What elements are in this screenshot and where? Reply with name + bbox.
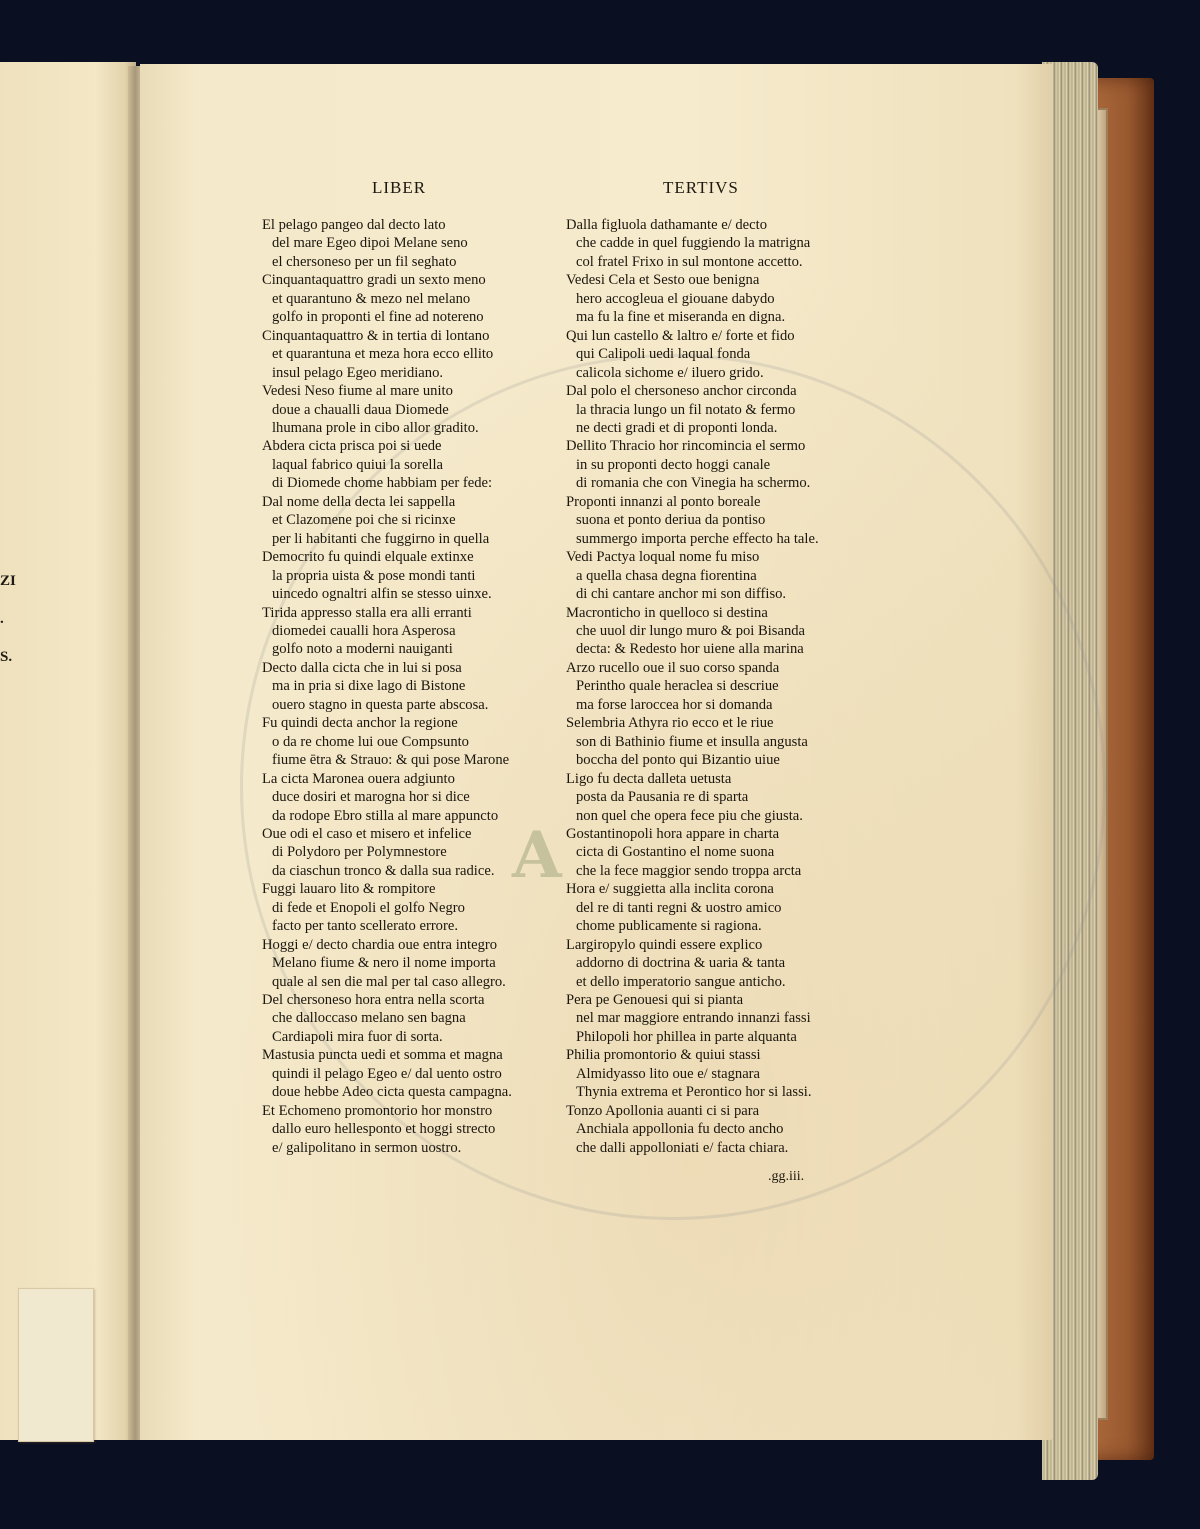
verse-line: di romania che con Vinegia ha schermo. <box>566 474 856 492</box>
verse-line: facto per tanto scellerato errore. <box>262 917 552 935</box>
tercet: Et Echomeno promontorio hor monstrodallo… <box>262 1102 552 1157</box>
verse-line: golfo in proponti el fine ad notereno <box>262 308 552 326</box>
verse-line: uincedo ognaltri alfin se stesso uinxe. <box>262 585 552 603</box>
verse-line: che cadde in quel fuggiendo la matrigna <box>566 234 856 252</box>
verse-line: Thynia extrema et Perontico hor si lassi… <box>566 1083 856 1101</box>
verse-line: ma forse laroccea hor si domanda <box>566 696 856 714</box>
running-head-left: LIBER <box>372 178 426 198</box>
verse-line: o da re chome lui oue Compsunto <box>262 733 552 751</box>
verse-line: doue hebbe Adeo cicta questa campagna. <box>262 1083 552 1101</box>
verse-line: Hoggi e/ decto chardia oue entra integro <box>262 936 552 954</box>
verse-line: col fratel Frixo in sul montone accetto. <box>566 253 856 271</box>
verse-line: ne decti gradi et di proponti londa. <box>566 419 856 437</box>
tercet: Macronticho in quelloco si destinache uu… <box>566 604 856 659</box>
verse-line: a quella chasa degna fiorentina <box>566 567 856 585</box>
verse-line: qui Calipoli uedi laqual fonda <box>566 345 856 363</box>
verse-line: per li habitanti che fuggirno in quella <box>262 530 552 548</box>
book-scan: ZI . S. A LIBER TERTIVS El pelago pangeo… <box>0 0 1200 1529</box>
verse-line: di Polydoro per Polymnestore <box>262 843 552 861</box>
verse-line: nel mar maggiore entrando innanzi fassi <box>566 1009 856 1027</box>
verse-line: Democrito fu quindi elquale extinxe <box>262 548 552 566</box>
tercet: Dal nome della decta lei sappellaet Claz… <box>262 493 552 548</box>
tercet: Tirida appresso stalla era alli errantid… <box>262 604 552 659</box>
verse-line: duce dosiri et marogna hor si dice <box>262 788 552 806</box>
verse-line: addorno di doctrina & uaria & tanta <box>566 954 856 972</box>
tercet: Arzo rucello oue il suo corso spandaPeri… <box>566 659 856 714</box>
verse-line: La cicta Maronea ouera adgiunto <box>262 770 552 788</box>
verse-line: insul pelago Egeo meridiano. <box>262 364 552 382</box>
verse-line: che dalloccaso melano sen bagna <box>262 1009 552 1027</box>
verse-line: Cinquantaquattro gradi un sexto meno <box>262 271 552 289</box>
verse-line: el chersoneso per un fil seghato <box>262 253 552 271</box>
text-column-left: El pelago pangeo dal decto latodel mare … <box>262 216 552 1157</box>
verse-line: ouero stagno in questa parte abscosa. <box>262 696 552 714</box>
verse-line: Hora e/ suggietta alla inclita corona <box>566 880 856 898</box>
verse-line: Melano fiume & nero il nome importa <box>262 954 552 972</box>
verse-line: boccha del ponto qui Bizantio uiue <box>566 751 856 769</box>
verse-line: di fede et Enopoli el golfo Negro <box>262 899 552 917</box>
tercet: Abdera cicta prisca poi si uedelaqual fa… <box>262 437 552 492</box>
verse-line: Largiropylo quindi essere explico <box>566 936 856 954</box>
verse-line: Dellito Thracio hor rincomincia el sermo <box>566 437 856 455</box>
verse-line: et Clazomene poi che si ricinxe <box>262 511 552 529</box>
tercet: Vedesi Neso fiume al mare unitodoue a ch… <box>262 382 552 437</box>
verse-line: Oue odi el caso et misero et infelice <box>262 825 552 843</box>
verse-line: dallo euro hellesponto et hoggi strecto <box>262 1120 552 1138</box>
verse-line: Philia promontorio & quiui stassi <box>566 1046 856 1064</box>
tercet: Cinquantaquattro gradi un sexto menoet q… <box>262 271 552 326</box>
tercet: El pelago pangeo dal decto latodel mare … <box>262 216 552 271</box>
verse-line: la propria uista & pose mondi tanti <box>262 567 552 585</box>
tercet: Ligo fu decta dalleta uetustaposta da Pa… <box>566 770 856 825</box>
verse-line: Mastusia puncta uedi et somma et magna <box>262 1046 552 1064</box>
tercet: Gostantinopoli hora appare in chartacict… <box>566 825 856 880</box>
tercet: Hora e/ suggietta alla inclita coronadel… <box>566 880 856 935</box>
verse-line: Fu quindi decta anchor la regione <box>262 714 552 732</box>
verse-line: in su proponti decto hoggi canale <box>566 456 856 474</box>
verse-line: Et Echomeno promontorio hor monstro <box>262 1102 552 1120</box>
left-fragment: S. <box>0 638 30 676</box>
verse-line: Almidyasso lito oue e/ stagnara <box>566 1065 856 1083</box>
verse-line: Dal nome della decta lei sappella <box>262 493 552 511</box>
verse-line: da rodope Ebro stilla al mare appuncto <box>262 807 552 825</box>
tercet: Fu quindi decta anchor la regioneo da re… <box>262 714 552 769</box>
tercet: Mastusia puncta uedi et somma et magnaqu… <box>262 1046 552 1101</box>
verse-line: et quarantuno & mezo nel melano <box>262 290 552 308</box>
verse-line: Fuggi lauaro lito & rompitore <box>262 880 552 898</box>
tercet: Dellito Thracio hor rincomincia el sermo… <box>566 437 856 492</box>
verse-line: golfo noto a moderni nauiganti <box>262 640 552 658</box>
verse-line: Dalla figluola dathamante e/ decto <box>566 216 856 234</box>
verse-line: Perintho quale heraclea si descriue <box>566 677 856 695</box>
verse-line: Vedesi Cela et Sesto oue benigna <box>566 271 856 289</box>
verse-line: Tirida appresso stalla era alli erranti <box>262 604 552 622</box>
paper-label-patch <box>18 1288 94 1442</box>
verse-line: che dalli appolloniati e/ facta chiara. <box>566 1139 856 1157</box>
verse-line: Philopoli hor phillea in parte alquanta <box>566 1028 856 1046</box>
tercet: Vedi Pactya loqual nome fu misoa quella … <box>566 548 856 603</box>
verse-line: Dal polo el chersoneso anchor circonda <box>566 382 856 400</box>
verse-line: cicta di Gostantino el nome suona <box>566 843 856 861</box>
tercet: Vedesi Cela et Sesto oue benignahero acc… <box>566 271 856 326</box>
running-head-right: TERTIVS <box>663 178 739 198</box>
verse-line: posta da Pausania re di sparta <box>566 788 856 806</box>
verse-line: di Diomede chome habbiam per fede: <box>262 474 552 492</box>
left-page-text-fragments: ZI . S. <box>0 562 30 676</box>
verse-line: Selembria Athyra rio ecco et le riue <box>566 714 856 732</box>
verse-line: che uuol dir lungo muro & poi Bisanda <box>566 622 856 640</box>
verse-line: chome publicamente si ragiona. <box>566 917 856 935</box>
tercet: Decto dalla cicta che in lui si posama i… <box>262 659 552 714</box>
verse-line: Anchiala appollonia fu decto ancho <box>566 1120 856 1138</box>
verse-line: summergo importa perche effecto ha tale. <box>566 530 856 548</box>
verse-line: ma in pria si dixe lago di Bistone <box>262 677 552 695</box>
verse-line: Qui lun castello & laltro e/ forte et fi… <box>566 327 856 345</box>
verse-line: del re di tanti regni & uostro amico <box>566 899 856 917</box>
verse-line: Tonzo Apollonia auanti ci si para <box>566 1102 856 1120</box>
verse-line: doue a chaualli daua Diomede <box>262 401 552 419</box>
verse-line: son di Bathinio fiume et insulla angusta <box>566 733 856 751</box>
tercet: Selembria Athyra rio ecco et le riueson … <box>566 714 856 769</box>
verse-line: El pelago pangeo dal decto lato <box>262 216 552 234</box>
tercet: Del chersoneso hora entra nella scortach… <box>262 991 552 1046</box>
tercet: Largiropylo quindi essere explicoaddorno… <box>566 936 856 991</box>
verse-line: quale al sen die mal per tal caso allegr… <box>262 973 552 991</box>
verse-line: da ciaschun tronco & dalla sua radice. <box>262 862 552 880</box>
verse-line: suona et ponto deriua da pontiso <box>566 511 856 529</box>
text-column-right: Dalla figluola dathamante e/ dectoche ca… <box>566 216 856 1157</box>
verse-line: decta: & Redesto hor uiene alla marina <box>566 640 856 658</box>
tercet: Tonzo Apollonia auanti ci si paraAnchial… <box>566 1102 856 1157</box>
verse-line: Cinquantaquattro & in tertia di lontano <box>262 327 552 345</box>
verse-line: quindi il pelago Egeo e/ dal uento ostro <box>262 1065 552 1083</box>
tercet: Oue odi el caso et misero et infelicedi … <box>262 825 552 880</box>
verse-line: Gostantinopoli hora appare in charta <box>566 825 856 843</box>
tercet: Philia promontorio & quiui stassiAlmidya… <box>566 1046 856 1101</box>
left-page <box>0 62 136 1440</box>
verse-line: Decto dalla cicta che in lui si posa <box>262 659 552 677</box>
verse-line: et dello imperatorio sangue anticho. <box>566 973 856 991</box>
tercet: Cinquantaquattro & in tertia di lontanoe… <box>262 327 552 382</box>
verse-line: Pera pe Genouesi qui si pianta <box>566 991 856 1009</box>
verse-line: Vedi Pactya loqual nome fu miso <box>566 548 856 566</box>
verse-line: Arzo rucello oue il suo corso spanda <box>566 659 856 677</box>
verse-line: e/ galipolitano in sermon uostro. <box>262 1139 552 1157</box>
verse-line: lhumana prole in cibo allor gradito. <box>262 419 552 437</box>
tercet: Proponti innanzi al ponto borealesuona e… <box>566 493 856 548</box>
verse-line: la thracia lungo un fil notato & fermo <box>566 401 856 419</box>
verse-line: hero accogleua el giouane dabydo <box>566 290 856 308</box>
tercet: Pera pe Genouesi qui si piantanel mar ma… <box>566 991 856 1046</box>
verse-line: di chi cantare anchor mi son diffiso. <box>566 585 856 603</box>
verse-line: che la fece maggior sendo troppa arcta <box>566 862 856 880</box>
verse-line: del mare Egeo dipoi Melane seno <box>262 234 552 252</box>
tercet: La cicta Maronea ouera adgiuntoduce dosi… <box>262 770 552 825</box>
verse-line: Proponti innanzi al ponto boreale <box>566 493 856 511</box>
tercet: Fuggi lauaro lito & rompitoredi fede et … <box>262 880 552 935</box>
verse-line: laqual fabrico quiui la sorella <box>262 456 552 474</box>
left-fragment: ZI <box>0 562 30 600</box>
verse-line: Macronticho in quelloco si destina <box>566 604 856 622</box>
verse-line: calicola sichome e/ iluero grido. <box>566 364 856 382</box>
tercet: Dal polo el chersoneso anchor circondala… <box>566 382 856 437</box>
verse-line: Del chersoneso hora entra nella scorta <box>262 991 552 1009</box>
signature-mark: .gg.iii. <box>768 1169 804 1185</box>
verse-line: et quarantuna et meza hora ecco ellito <box>262 345 552 363</box>
verse-line: diomedei caualli hora Asperosa <box>262 622 552 640</box>
verse-line: ma fu la fine et miseranda en digna. <box>566 308 856 326</box>
tercet: Dalla figluola dathamante e/ dectoche ca… <box>566 216 856 271</box>
tercet: Qui lun castello & laltro e/ forte et fi… <box>566 327 856 382</box>
tercet: Hoggi e/ decto chardia oue entra integro… <box>262 936 552 991</box>
verse-line: Ligo fu decta dalleta uetusta <box>566 770 856 788</box>
tercet: Democrito fu quindi elquale extinxela pr… <box>262 548 552 603</box>
verse-line: non quel che opera fece piu che giusta. <box>566 807 856 825</box>
left-fragment: . <box>0 600 30 638</box>
verse-line: Abdera cicta prisca poi si uede <box>262 437 552 455</box>
verse-line: Vedesi Neso fiume al mare unito <box>262 382 552 400</box>
verse-line: fiume ētra & Strauo: & qui pose Marone <box>262 751 552 769</box>
verse-line: Cardiapoli mira fuor di sorta. <box>262 1028 552 1046</box>
